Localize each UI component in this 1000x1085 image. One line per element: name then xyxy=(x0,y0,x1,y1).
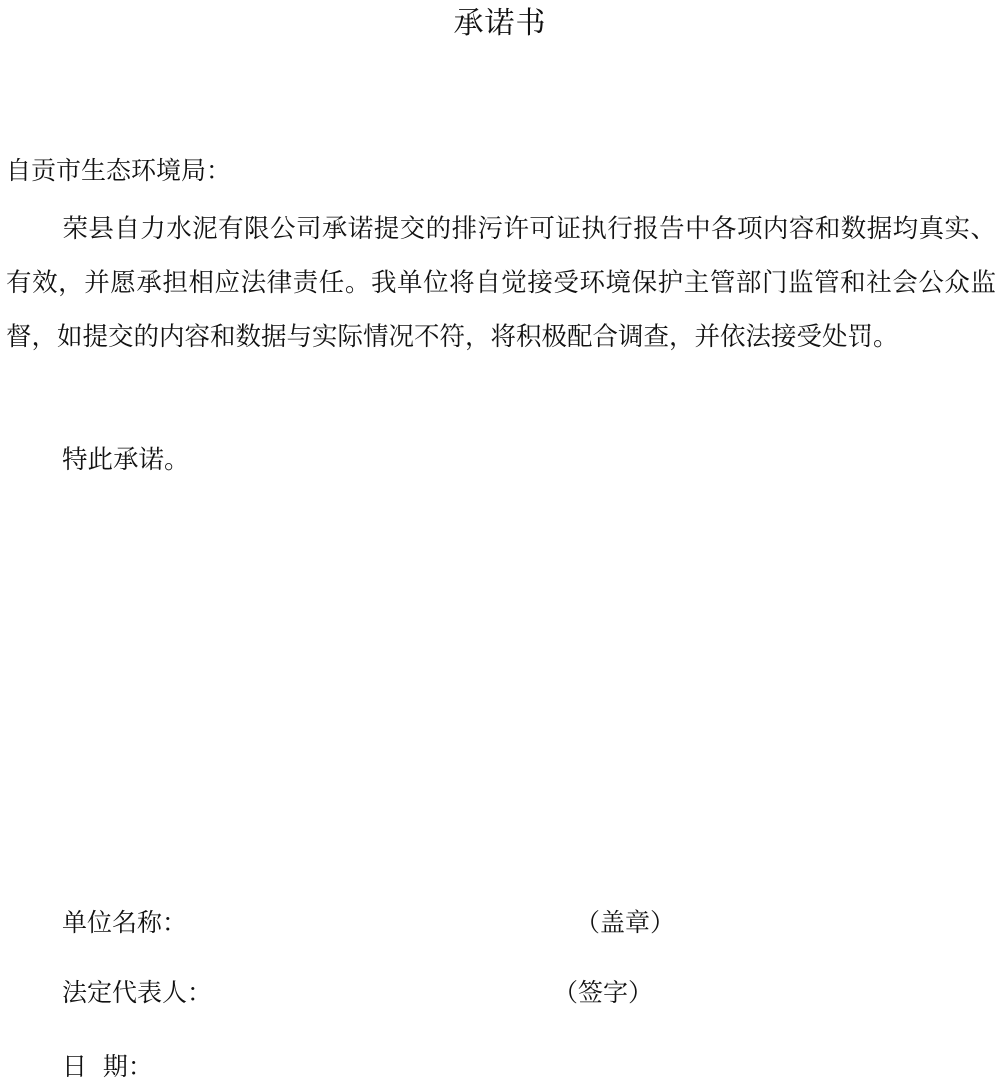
closing-statement: 特此承诺。 xyxy=(62,440,190,480)
legal-rep-label: 法定代表人： xyxy=(62,973,212,1013)
signature-note: （签字） xyxy=(553,973,653,1013)
date-label: 日 期： xyxy=(62,1047,153,1085)
unit-name-label: 单位名称： xyxy=(62,903,187,943)
commitment-paragraph: 荣县自力水泥有限公司承诺提交的排污许可证执行报告中各项内容和数据均真实、有效，并… xyxy=(6,202,996,364)
document-title: 承诺书 xyxy=(0,2,1000,46)
commitment-text: 荣县自力水泥有限公司承诺提交的排污许可证执行报告中各项内容和数据均真实、有效，并… xyxy=(6,214,996,352)
seal-note: （盖章） xyxy=(575,903,675,943)
addressee: 自贡市生态环境局： xyxy=(6,153,231,189)
